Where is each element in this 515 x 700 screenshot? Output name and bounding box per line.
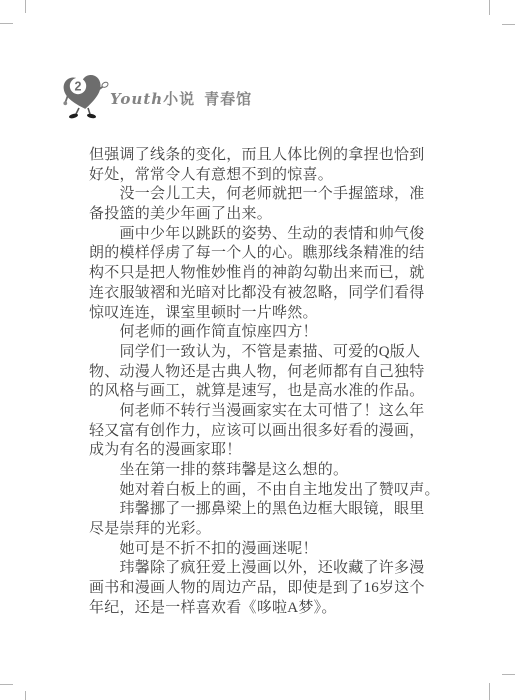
text-line: 备投篮的美少年画了出来。 — [89, 205, 431, 225]
mascot-left-leg — [76, 108, 79, 114]
text-line: 她可是不折不扣的漫画迷呢！ — [89, 540, 431, 560]
crop-mark-top-right-vertical — [489, 0, 490, 15]
heart-mascot-icon: 2 — [60, 74, 110, 122]
text-line: 画书和漫画人物的周边产品，即使是到了16岁这个 — [89, 579, 431, 599]
crop-mark-top-left-vertical — [25, 0, 26, 13]
mascot-right-hand — [101, 81, 109, 88]
book-page: 2 Youth小说青春馆 但强调了线条的变化，而且人体比例的拿捏也恰到好处，常常… — [0, 0, 515, 700]
text-line: 成为有名的漫画家耶！ — [89, 441, 431, 461]
crop-mark-bottom-right-horizontal — [502, 674, 515, 675]
series-title-cn: 小说 — [163, 90, 195, 108]
text-line: 同学们一致认为，不管是素描、可爱的Q版人 — [89, 343, 431, 363]
text-line: 但强调了线条的变化，而且人体比例的拿捏也恰到 — [89, 146, 431, 166]
text-line: 物、动漫人物还是古典人物，何老师都有自己独特 — [89, 363, 431, 383]
crop-mark-top-left-horizontal — [0, 23, 13, 24]
text-line: 玮馨挪了一挪鼻梁上的黑色边框大眼镜，眼里 — [89, 500, 431, 520]
series-title-suffix: 青春馆 — [204, 90, 252, 108]
text-line: 她对着白板上的画，不由自主地发出了赞叹声。 — [89, 481, 431, 501]
text-line: 何老师不转行当漫画家实在太可惜了！这么年 — [89, 402, 431, 422]
text-line: 轻又富有创作力，应该可以画出很多好看的漫画， — [89, 422, 431, 442]
crop-mark-top-right-horizontal — [502, 24, 515, 25]
text-line: 尽是崇拜的光彩。 — [89, 520, 431, 540]
text-line: 玮馨除了疯狂爱上漫画以外，还收藏了许多漫 — [89, 559, 431, 579]
text-line: 朗的模样俘虏了每一个人的心。瞧那线条精准的结 — [89, 244, 431, 264]
text-line: 坐在第一排的蔡玮馨是这么想的。 — [89, 461, 431, 481]
series-title-latin: Youth — [110, 90, 163, 108]
text-line: 何老师的画作简直惊座四方！ — [89, 323, 431, 343]
page-body-text: 但强调了线条的变化，而且人体比例的拿捏也恰到好处，常常令人有意想不到的惊喜。 没… — [89, 146, 431, 619]
crop-mark-bottom-left-vertical — [25, 691, 26, 700]
text-line: 年纪，还是一样喜欢看《哆啦A梦》。 — [89, 599, 431, 619]
mascot-right-leg — [88, 108, 90, 114]
mascot-right-shoe — [87, 113, 97, 119]
crop-mark-bottom-right-vertical — [489, 683, 490, 700]
mascot-left-hand — [63, 101, 67, 105]
text-line: 的风格与画工，就算是速写，也是高水准的作品。 — [89, 382, 431, 402]
text-line: 构不只是把人物惟妙惟肖的神韵勾勒出来而已，就 — [89, 264, 431, 284]
text-line: 惊叹连连，课室里顿时一片哗然。 — [89, 304, 431, 324]
text-line: 好处，常常令人有意想不到的惊喜。 — [89, 166, 431, 186]
text-line: 连衣服皱褶和光暗对比都没有被忽略，同学们看得 — [89, 284, 431, 304]
text-line: 画中少年以跳跃的姿势、生动的表情和帅气俊 — [89, 225, 431, 245]
page-number: 2 — [75, 80, 82, 94]
crop-mark-bottom-left-horizontal — [0, 684, 13, 685]
text-line: 没一会儿工夫，何老师就把一个手握篮球，准 — [89, 185, 431, 205]
series-title: Youth小说青春馆 — [110, 88, 252, 109]
